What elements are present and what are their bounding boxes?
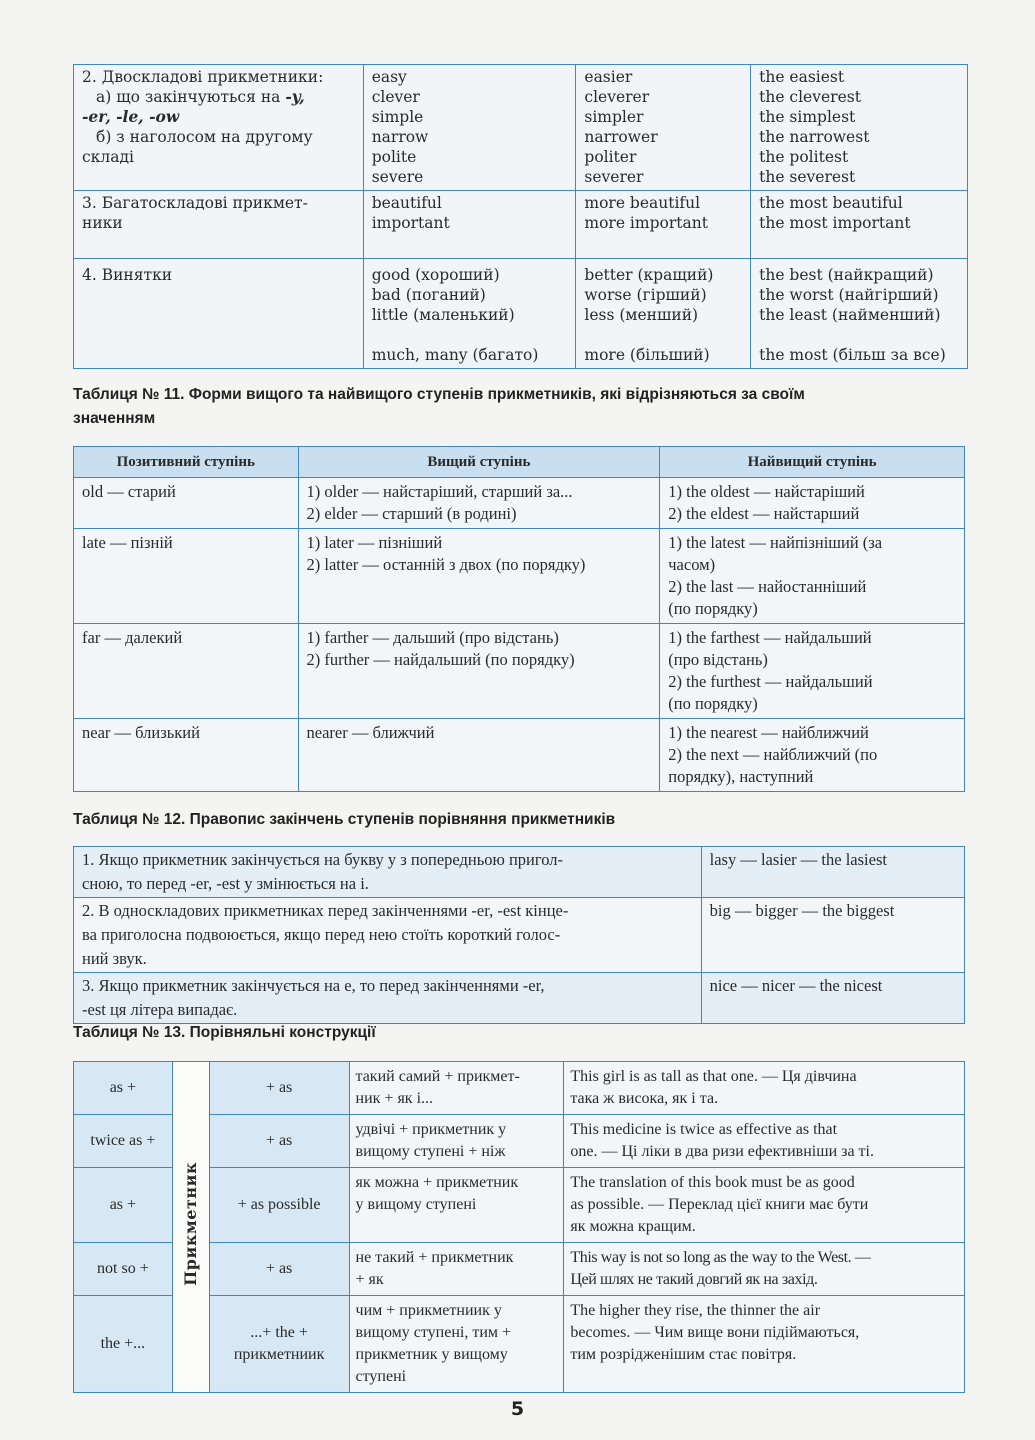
meaning-text: у вищому ступені bbox=[356, 1194, 558, 1216]
table-row: late — пізній 1) later — пізніший 2) lat… bbox=[74, 529, 965, 624]
example-text: така ж висока, як і та. bbox=[570, 1088, 958, 1110]
rule-text: ва приголосна подвоюється, якщо перед не… bbox=[82, 923, 693, 947]
word: less (менший) bbox=[584, 305, 742, 325]
table-comparison-degrees: 2. Двоскладові прикметники: а) що закінч… bbox=[73, 64, 968, 369]
word: simpler bbox=[584, 107, 742, 127]
form: часом) bbox=[668, 554, 956, 576]
form: (по порядку) bbox=[668, 598, 956, 620]
rule-text: сною, то перед -er, -est y змінюється на… bbox=[82, 872, 693, 896]
page-number: 5 bbox=[0, 1398, 1035, 1420]
word: beautiful bbox=[372, 193, 568, 213]
word: easier bbox=[584, 67, 742, 87]
category-cell: 2. Двоскладові прикметники: а) що закінч… bbox=[74, 65, 364, 191]
meaning-text: не такий + прикметник bbox=[356, 1247, 558, 1269]
construction-start: as + bbox=[74, 1168, 173, 1243]
meaning-text: ник + як і... bbox=[356, 1088, 558, 1110]
word: politer bbox=[584, 147, 742, 167]
superlative-cell: 1) the nearest — найближчий 2) the next … bbox=[660, 719, 965, 792]
meaning-text: удвічі + прикметник у bbox=[356, 1119, 558, 1141]
caption-line: значенням bbox=[73, 407, 968, 431]
table-11-caption: Таблиця № 11. Форми вищого та найвищого … bbox=[73, 383, 968, 431]
example-text: The higher they rise, the thinner the ai… bbox=[570, 1300, 958, 1322]
positive-cell: good (хороший) bad (поганий) little (мал… bbox=[363, 259, 576, 369]
category-endings: -er, -le, -ow bbox=[82, 107, 355, 127]
word: the best (найкращий) bbox=[759, 265, 959, 285]
word: more important bbox=[584, 213, 742, 233]
rule-cell: 1. Якщо прикметник закінчується на букву… bbox=[74, 847, 702, 898]
word: important bbox=[372, 213, 568, 233]
construction-start: twice as + bbox=[74, 1115, 173, 1168]
superlative-cell: 1) the latest — найпізніший (за часом) 2… bbox=[660, 529, 965, 624]
table-13-caption: Таблиця № 13. Порівняльні конструкції bbox=[73, 1021, 376, 1045]
category-cell: 4. Винятки bbox=[74, 259, 364, 369]
word: the most beautiful bbox=[759, 193, 959, 213]
example-text: one. — Ці ліки в два ризи ефективніши за… bbox=[570, 1141, 958, 1163]
category-sub-b: б) з наголосом на другому bbox=[82, 127, 355, 147]
rule-text: -est ця літера випадає. bbox=[82, 998, 693, 1022]
comparative-cell: 1) farther — дальший (про відстань) 2) f… bbox=[298, 624, 660, 719]
meaning-cell: удвічі + прикметник у вищому ступені + н… bbox=[349, 1115, 564, 1168]
example-text: as possible. — Переклад цієї книги має б… bbox=[570, 1194, 958, 1216]
superlative-cell: the best (найкращий) the worst (найгірши… bbox=[751, 259, 968, 369]
meaning-cell: чим + прикметниик у вищому ступені, тим … bbox=[349, 1296, 564, 1393]
header-comparative: Вищий ступінь bbox=[298, 447, 660, 478]
meaning-text: чим + прикметниик у bbox=[356, 1300, 558, 1322]
form: (по порядку) bbox=[668, 693, 956, 715]
word: more (більший) bbox=[584, 345, 742, 365]
form: (про відстань) bbox=[668, 649, 956, 671]
word: better (кращий) bbox=[584, 265, 742, 285]
word: the cleverest bbox=[759, 87, 959, 107]
example-cell: This way is not so long as the way to th… bbox=[564, 1243, 965, 1296]
category-title: 2. Двоскладові прикметники: bbox=[82, 67, 355, 87]
table-comparative-constructions: as + Прикметник + as такий самий + прикм… bbox=[73, 1061, 965, 1393]
construction-end: + as bbox=[209, 1062, 349, 1115]
example-text: Цей шлях не такий довгий як на захід. bbox=[570, 1269, 958, 1291]
word: narrow bbox=[372, 127, 568, 147]
comparative-cell: 1) later — пізніший 2) latter — останній… bbox=[298, 529, 660, 624]
word: much, many (багато) bbox=[372, 345, 568, 365]
rule-text: ний звук. bbox=[82, 947, 693, 971]
positive-cell: easy clever simple narrow polite severe bbox=[363, 65, 576, 191]
header-superlative: Найвищий ступінь bbox=[660, 447, 965, 478]
word: severe bbox=[372, 167, 568, 187]
category-title-cont: ники bbox=[82, 213, 355, 233]
example-text: як можна кращим. bbox=[570, 1216, 958, 1238]
word: simple bbox=[372, 107, 568, 127]
table-header-row: Позитивний ступінь Вищий ступінь Найвищи… bbox=[74, 447, 965, 478]
caption-line: Таблиця № 11. Форми вищого та найвищого … bbox=[73, 383, 968, 407]
word: the most important bbox=[759, 213, 959, 233]
word: the politest bbox=[759, 147, 959, 167]
form: 1) the oldest — найстаріший bbox=[668, 481, 956, 503]
table-row: 3. Багатоскладові прикмет- ники beautifu… bbox=[74, 191, 968, 259]
construction-end: + as possible bbox=[209, 1168, 349, 1243]
rule-text: 2. В односкладових прикметниках перед за… bbox=[82, 899, 693, 923]
form: 1) farther — дальший (про відстань) bbox=[307, 627, 652, 649]
header-positive: Позитивний ступінь bbox=[74, 447, 299, 478]
example-text: This way is not so long as the way to th… bbox=[570, 1247, 958, 1269]
construction-start: not so + bbox=[74, 1243, 173, 1296]
construction-end: + as bbox=[209, 1243, 349, 1296]
word: cleverer bbox=[584, 87, 742, 107]
category-cell: 3. Багатоскладові прикмет- ники bbox=[74, 191, 364, 259]
example-cell: The higher they rise, the thinner the ai… bbox=[564, 1296, 965, 1393]
positive-cell: old — старий bbox=[74, 478, 299, 529]
comparative-cell: nearer — ближчий bbox=[298, 719, 660, 792]
meaning-text: + як bbox=[356, 1269, 558, 1291]
construction-end-text: прикметниик bbox=[216, 1344, 343, 1366]
comparative-cell: 1) older — найстаріший, старший за... 2)… bbox=[298, 478, 660, 529]
category-title: 3. Багатоскладові прикмет- bbox=[82, 193, 355, 213]
example-cell: nice — nicer — the nicest bbox=[701, 973, 964, 1024]
construction-end: ...+ the + прикметниик bbox=[209, 1296, 349, 1393]
word: the least (найменший) bbox=[759, 305, 959, 325]
category-sub-a: а) що закінчуються на -y, bbox=[82, 87, 355, 107]
meaning-cell: такий самий + прикмет- ник + як і... bbox=[349, 1062, 564, 1115]
construction-end-text: + as possible bbox=[216, 1194, 343, 1216]
form: 2) latter — останній з двох (по порядку) bbox=[307, 554, 652, 576]
example-cell: This medicine is twice as effective as t… bbox=[564, 1115, 965, 1168]
meaning-text: як можна + прикметник bbox=[356, 1172, 558, 1194]
superlative-cell: the easiest the cleverest the simplest t… bbox=[751, 65, 968, 191]
word: the simplest bbox=[759, 107, 959, 127]
word: narrower bbox=[584, 127, 742, 147]
example-text: The translation of this book must be as … bbox=[570, 1172, 958, 1194]
table-row: far — далекий 1) farther — дальший (про … bbox=[74, 624, 965, 719]
word: polite bbox=[372, 147, 568, 167]
example-cell: lasy — lasier — the lasiest bbox=[701, 847, 964, 898]
form: 1) the nearest — найближчий bbox=[668, 722, 956, 744]
meaning-cell: не такий + прикметник + як bbox=[349, 1243, 564, 1296]
category-title: 4. Винятки bbox=[82, 265, 355, 285]
table-row: old — старий 1) older — найстаріший, ста… bbox=[74, 478, 965, 529]
construction-end-text: + as bbox=[216, 1077, 343, 1099]
construction-end: + as bbox=[209, 1115, 349, 1168]
word: the most (більш за все) bbox=[759, 345, 959, 365]
construction-end-text: ...+ the + bbox=[216, 1322, 343, 1344]
table-row: as + Прикметник + as такий самий + прикм… bbox=[74, 1062, 965, 1115]
example-text: тим розрідженішим стає повітря. bbox=[570, 1344, 958, 1366]
form: 1) the farthest — найдальший bbox=[668, 627, 956, 649]
form: nearer — ближчий bbox=[307, 722, 652, 744]
meaning-cell: як можна + прикметник у вищому ступені bbox=[349, 1168, 564, 1243]
table-row: 1. Якщо прикметник закінчується на букву… bbox=[74, 847, 965, 898]
construction-end-text: + as bbox=[216, 1130, 343, 1152]
meaning-text: вищому ступені + ніж bbox=[356, 1141, 558, 1163]
example-text: becomes. — Чим вище вони підіймаються, bbox=[570, 1322, 958, 1344]
construction-start: as + bbox=[74, 1062, 173, 1115]
rule-text: 3. Якщо прикметник закінчується на e, то… bbox=[82, 974, 693, 998]
meaning-text: такий самий + прикмет- bbox=[356, 1066, 558, 1088]
meaning-text: прикметник у вищому bbox=[356, 1344, 558, 1366]
positive-cell: far — далекий bbox=[74, 624, 299, 719]
positive-cell: late — пізній bbox=[74, 529, 299, 624]
word: bad (поганий) bbox=[372, 285, 568, 305]
word: the worst (найгірший) bbox=[759, 285, 959, 305]
form: 2) the last — найостанніший bbox=[668, 576, 956, 598]
form: 2) the furthest — найдальший bbox=[668, 671, 956, 693]
form: 2) the eldest — найстарший bbox=[668, 503, 956, 525]
table-row: 4. Винятки good (хороший) bad (поганий) … bbox=[74, 259, 968, 369]
table-irregular-forms: Позитивний ступінь Вищий ступінь Найвищи… bbox=[73, 446, 965, 792]
meaning-text: вищому ступені, тим + bbox=[356, 1322, 558, 1344]
form: 1) older — найстаріший, старший за... bbox=[307, 481, 652, 503]
table-spelling-rules: 1. Якщо прикметник закінчується на букву… bbox=[73, 846, 965, 1024]
example-text: This girl is as tall as that one. — Ця д… bbox=[570, 1066, 958, 1088]
example-cell: big — bigger — the biggest bbox=[701, 898, 964, 973]
word: the narrowest bbox=[759, 127, 959, 147]
table-row: 2. В односкладових прикметниках перед за… bbox=[74, 898, 965, 973]
example-text: This medicine is twice as effective as t… bbox=[570, 1119, 958, 1141]
construction-start: the +... bbox=[74, 1296, 173, 1393]
word: the easiest bbox=[759, 67, 959, 87]
form: 2) elder — старший (в родині) bbox=[307, 503, 652, 525]
word: little (маленький) bbox=[372, 305, 568, 325]
rule-text: 1. Якщо прикметник закінчується на букву… bbox=[82, 848, 693, 872]
comparative-cell: better (кращий) worse (гірший) less (мен… bbox=[576, 259, 751, 369]
table-row: 2. Двоскладові прикметники: а) що закінч… bbox=[74, 65, 968, 191]
rule-cell: 2. В односкладових прикметниках перед за… bbox=[74, 898, 702, 973]
example-cell: The translation of this book must be as … bbox=[564, 1168, 965, 1243]
form: порядку), наступний bbox=[668, 766, 956, 788]
construction-end-text: + as bbox=[216, 1258, 343, 1280]
comparative-cell: easier cleverer simpler narrower politer… bbox=[576, 65, 751, 191]
form: 2) the next — найближчий (по bbox=[668, 744, 956, 766]
table-row: 3. Якщо прикметник закінчується на e, то… bbox=[74, 973, 965, 1024]
vertical-label-cell: Прикметник bbox=[172, 1062, 209, 1393]
rule-cell: 3. Якщо прикметник закінчується на e, то… bbox=[74, 973, 702, 1024]
positive-cell: beautiful important bbox=[363, 191, 576, 259]
category-sub-b-cont: складі bbox=[82, 147, 355, 167]
table-12-caption: Таблиця № 12. Правопис закінчень ступені… bbox=[73, 808, 615, 832]
word: easy bbox=[372, 67, 568, 87]
table-row: near — близький nearer — ближчий 1) the … bbox=[74, 719, 965, 792]
comparative-cell: more beautiful more important bbox=[576, 191, 751, 259]
example-cell: This girl is as tall as that one. — Ця д… bbox=[564, 1062, 965, 1115]
superlative-cell: 1) the oldest — найстаріший 2) the eldes… bbox=[660, 478, 965, 529]
superlative-cell: the most beautiful the most important bbox=[751, 191, 968, 259]
word: the severest bbox=[759, 167, 959, 187]
word: worse (гірший) bbox=[584, 285, 742, 305]
superlative-cell: 1) the farthest — найдальший (про відста… bbox=[660, 624, 965, 719]
form: 1) later — пізніший bbox=[307, 532, 652, 554]
vertical-label: Прикметник bbox=[180, 1162, 202, 1286]
meaning-text: ступені bbox=[356, 1366, 558, 1388]
word: severer bbox=[584, 167, 742, 187]
word: good (хороший) bbox=[372, 265, 568, 285]
form: 1) the latest — найпізніший (за bbox=[668, 532, 956, 554]
form: 2) further — найдальший (по порядку) bbox=[307, 649, 652, 671]
word: more beautiful bbox=[584, 193, 742, 213]
positive-cell: near — близький bbox=[74, 719, 299, 792]
word: clever bbox=[372, 87, 568, 107]
